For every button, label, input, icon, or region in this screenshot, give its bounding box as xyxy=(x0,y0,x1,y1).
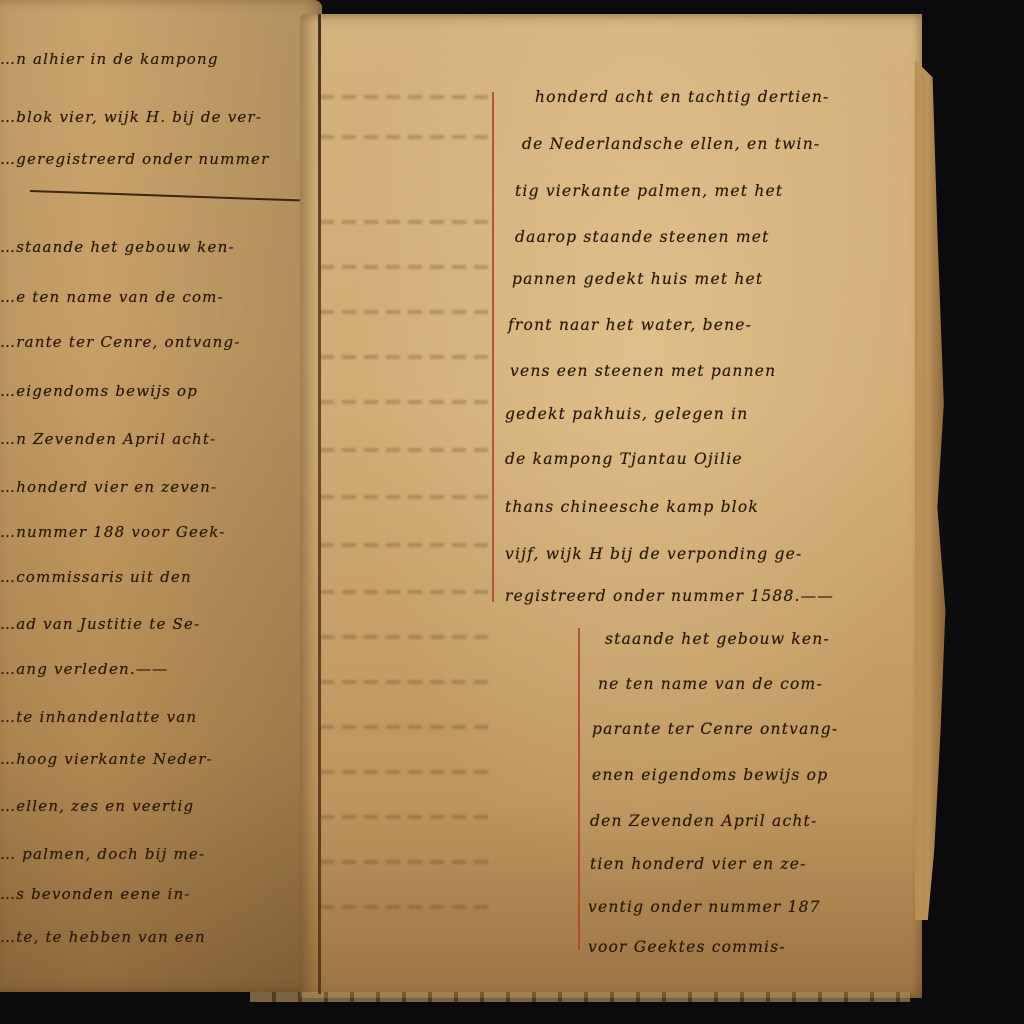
bleed-through-line xyxy=(320,680,495,684)
handwritten-line: tig vierkante palmen, met het xyxy=(515,182,783,200)
bleed-through-line xyxy=(320,860,495,864)
handwritten-line: de Nederlandsche ellen, en twin- xyxy=(522,135,820,153)
bleed-through-line xyxy=(320,355,495,359)
handwritten-line: …hoog vierkante Neder- xyxy=(0,750,213,768)
red-margin-line-upper xyxy=(492,92,494,602)
handwritten-line: parante ter Cenre ontvang- xyxy=(592,720,838,738)
handwritten-line: thans chineesche kamp blok xyxy=(505,498,759,516)
handwritten-line: …ad van Justitie te Se- xyxy=(0,615,200,633)
handwritten-line: pannen gedekt huis met het xyxy=(512,270,763,288)
left-page xyxy=(0,0,322,992)
handwritten-line: …staande het gebouw ken- xyxy=(0,238,235,256)
handwritten-line: registreerd onder nummer 1588.—— xyxy=(505,587,834,605)
open-ledger-book: …n alhier in de kampong …blok vier, wijk… xyxy=(0,0,1024,1024)
handwritten-line: ne ten name van de com- xyxy=(598,675,823,693)
bleed-through-line xyxy=(320,135,495,139)
handwritten-line: den Zevenden April acht- xyxy=(590,812,817,830)
handwritten-line: …nummer 188 voor Geek- xyxy=(0,523,226,541)
handwritten-line: voor Geektes commis- xyxy=(588,938,786,956)
handwritten-line: …ellen, zes en veertig xyxy=(0,797,194,815)
handwritten-line: …n alhier in de kampong xyxy=(0,50,219,68)
handwritten-line: …s bevonden eene in- xyxy=(0,885,191,903)
bleed-through-line xyxy=(320,590,495,594)
bleed-through-line xyxy=(320,448,495,452)
bleed-through-line xyxy=(320,770,495,774)
handwritten-line: …rante ter Cenre, ontvang- xyxy=(0,333,241,351)
handwritten-line: …e ten name van de com- xyxy=(0,288,224,306)
handwritten-line: de kampong Tjantau Ojilie xyxy=(505,450,743,468)
handwritten-line: gedekt pakhuis, gelegen in xyxy=(505,405,748,423)
bleed-through-line xyxy=(320,495,495,499)
handwritten-line: …ang verleden.—— xyxy=(0,660,168,678)
handwritten-line: …te, te hebben van een xyxy=(0,928,206,946)
book-gutter xyxy=(318,14,321,994)
handwritten-line: …eigendoms bewijs op xyxy=(0,382,198,400)
handwritten-line: enen eigendoms bewijs op xyxy=(592,766,828,784)
bleed-through-line xyxy=(320,220,495,224)
bleed-through-line xyxy=(320,635,495,639)
handwritten-line: staande het gebouw ken- xyxy=(605,630,830,648)
handwritten-line: … palmen, doch bij me- xyxy=(0,845,205,863)
bleed-through-line xyxy=(320,905,495,909)
torn-page-edge xyxy=(915,60,947,920)
page-stack-bottom-edge xyxy=(250,992,910,1002)
bleed-through-line xyxy=(320,725,495,729)
handwritten-line: ventig onder nummer 187 xyxy=(588,898,821,916)
handwritten-line: …commissaris uit den xyxy=(0,568,192,586)
handwritten-line: …blok vier, wijk H. bij de ver- xyxy=(0,108,262,126)
handwritten-line: front naar het water, bene- xyxy=(508,316,752,334)
handwritten-line: daarop staande steenen met xyxy=(515,228,770,246)
bleed-through-line xyxy=(320,400,495,404)
handwritten-line: …te inhandenlatte van xyxy=(0,708,197,726)
handwritten-line: honderd acht en tachtig dertien- xyxy=(535,88,829,106)
bleed-through-line xyxy=(320,543,495,547)
handwritten-line: vens een steenen met pannen xyxy=(510,362,776,380)
bleed-through-line xyxy=(320,310,495,314)
bleed-through-line xyxy=(320,815,495,819)
handwritten-line: vijf, wijk H bij de verponding ge- xyxy=(505,545,802,563)
handwritten-line: …honderd vier en zeven- xyxy=(0,478,217,496)
bleed-through-line xyxy=(320,265,495,269)
handwritten-line: tien honderd vier en ze- xyxy=(590,855,807,873)
handwritten-line: …geregistreerd onder nummer xyxy=(0,150,269,168)
bleed-through-line xyxy=(320,95,495,99)
handwritten-line: …n Zevenden April acht- xyxy=(0,430,216,448)
red-margin-line-lower xyxy=(578,628,580,950)
